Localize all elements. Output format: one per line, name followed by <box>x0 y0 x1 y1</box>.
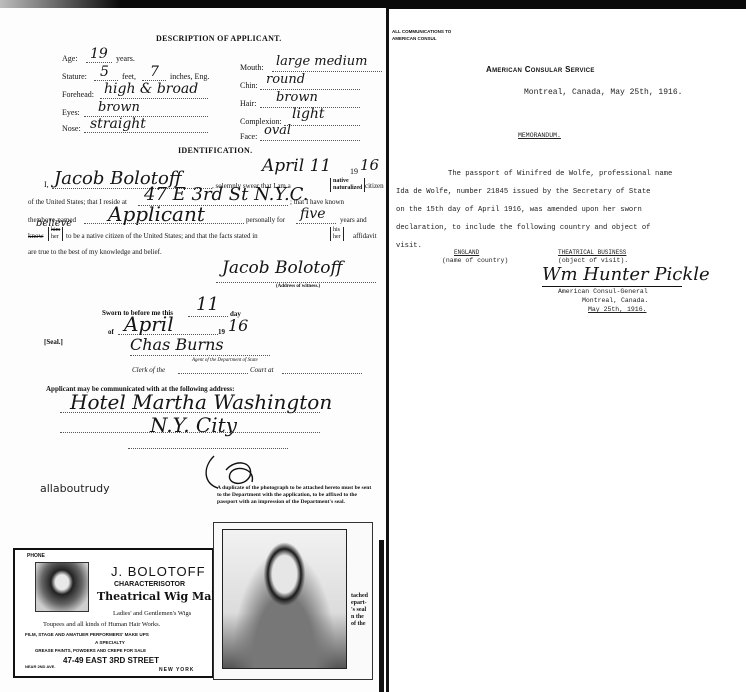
chin-value: round <box>266 72 305 87</box>
citizenship-options: native naturalized <box>330 178 365 192</box>
knowledge-belief-statement: are true to the best of my knowledge and… <box>28 248 162 256</box>
complexion-value: light <box>292 106 325 122</box>
communication-address-line1: Hotel Martha Washington <box>70 390 332 414</box>
hair-label: Hair: <box>240 99 256 108</box>
face-value: oval <box>264 123 291 138</box>
address-of-witness-label: (Address of witness.) <box>276 284 320 289</box>
signature-line <box>542 286 682 287</box>
letterhead-note: ALL COMMUNICATIONS TO AMERICAN CONSUL <box>392 28 451 42</box>
hair-value: brown <box>276 90 318 105</box>
clerk-of-label: Clerk of the <box>132 366 165 374</box>
portrait-edge-text: tached epart- 's seal n the of the <box>351 593 368 628</box>
card-line5: GREASE PAINTS, POWDERS AND CREPE FOR SAL… <box>35 648 146 653</box>
personally-for-label: personally for <box>246 216 285 224</box>
years-and-label: years and <box>340 216 367 224</box>
stature-inches-label: inches, Eng. <box>170 72 209 81</box>
face-label: Face: <box>240 132 257 141</box>
mouth-value: large medium <box>276 54 367 69</box>
stature-label: Stature: <box>62 72 87 81</box>
country-value: ENGLAND <box>454 249 479 256</box>
stature-inches-value: 7 <box>150 64 159 80</box>
nose-value: straight <box>90 116 146 132</box>
card-line2: Toupees and all kinds of Human Hair Work… <box>43 621 160 628</box>
applicant-photo-frame: tached epart- 's seal n the of the <box>213 522 373 680</box>
native-citizen-statement: to be a native citizen of the United Sta… <box>66 232 258 240</box>
citizen-word: citizen <box>365 182 384 190</box>
page-divider <box>386 8 389 692</box>
sworn-day-value: 11 <box>196 294 219 315</box>
card-phone-label: PHONE <box>27 553 45 559</box>
place-date: Montreal, Canada, May 25th, 1916. <box>524 88 682 97</box>
consular-memorandum-page: ALL COMMUNICATIONS TO AMERICAN CONSUL Am… <box>392 10 746 692</box>
memo-body-line5: visit. <box>396 242 422 250</box>
card-name: J. BOLOTOFF <box>111 564 206 579</box>
residence-suffix: ; that I have known <box>290 198 344 206</box>
forehead-value: high & broad <box>104 81 198 97</box>
bleed-through-text <box>90 264 93 276</box>
card-portrait-photo <box>35 562 89 612</box>
of-label: of <box>108 328 114 336</box>
forehead-label: Forehead: <box>62 90 94 99</box>
object-value: THEATRICAL BUSINESS <box>558 249 626 256</box>
country-label: (name of country) <box>442 257 508 264</box>
watermark-text: allaboutrudy <box>40 482 110 495</box>
card-line1: Ladies' and Gentlemen's Wigs <box>113 610 191 617</box>
memo-body-line4: declaration, to include the following co… <box>396 224 650 232</box>
sworn-month-value: April <box>124 312 174 336</box>
possessive-options: his her <box>330 227 344 241</box>
years-known-value: five <box>300 206 326 222</box>
card-line4: A SPECIALTY <box>95 640 125 645</box>
consul-signature: Wm Hunter Pickle <box>542 264 710 285</box>
card-near: NEAR 2ND AVE. <box>25 664 55 669</box>
signer-date: May 25th, 1916. <box>588 306 647 313</box>
pronoun-options: him her <box>48 227 63 241</box>
description-heading: DESCRIPTION OF APPLICANT. <box>156 34 282 43</box>
memo-heading: MEMORANDUM. <box>518 132 561 139</box>
court-at-label: Court at <box>250 366 274 374</box>
witness-signature: Jacob Bolotoff <box>222 258 343 278</box>
eyes-value: brown <box>98 100 140 115</box>
communication-address-line2: N.Y. City <box>150 413 237 437</box>
chin-label: Chin: <box>240 81 258 90</box>
identification-date: April 11 <box>262 156 331 176</box>
agent-of-department-label: Agent of the Department of State <box>192 358 258 363</box>
nose-label: Nose: <box>62 124 81 133</box>
agency-heading: American Consular Service <box>486 65 595 74</box>
age-label: Age: <box>62 54 78 63</box>
card-title: CHARACTERISOTOR <box>114 581 185 588</box>
eyes-label: Eyes: <box>62 108 80 117</box>
card-line3: FILM, STAGE AND AMATUER PERFORMERS' MAKE… <box>25 632 149 637</box>
affidavit-word: affidavit <box>353 232 377 240</box>
business-card: PHONE J. BOLOTOFF CHARACTERISOTOR Theatr… <box>13 548 214 678</box>
age-value: 19 <box>90 46 108 62</box>
page-divider-lower <box>379 540 384 692</box>
applicant-portrait-photo <box>222 529 347 669</box>
memo-body-line2: Ida de Wolfe, number 21845 issued by the… <box>396 188 650 196</box>
stature-feet-value: 5 <box>100 64 109 80</box>
identification-year-handwritten: 16 <box>360 156 379 174</box>
card-city: NEW YORK <box>159 667 194 673</box>
identification-year-printed: 19 <box>350 167 358 176</box>
object-label: (object of visit). <box>558 257 628 264</box>
pen-flourish-icon <box>200 454 270 494</box>
stature-feet-label: feet, <box>122 72 136 81</box>
know-word: know <box>28 232 44 240</box>
card-address: 47-49 EAST 3RD STREET <box>63 656 159 665</box>
identification-heading: IDENTIFICATION. <box>178 146 252 155</box>
identification-intro: I, <box>44 180 49 189</box>
signer-title: American Consul-General <box>558 288 648 295</box>
memo-body-line3: on the 15th day of April 1916, was amend… <box>396 206 642 214</box>
clerk-signature: Chas Burns <box>130 335 224 354</box>
seal-label: [Seal.] <box>44 338 63 346</box>
memo-body-line1: The passport of Winifred de Wolfe, profe… <box>448 170 672 178</box>
sworn-year-value: 16 <box>228 316 248 335</box>
card-trade: Theatrical Wig Maker <box>97 590 232 603</box>
signer-place: Montreal, Canada. <box>582 297 648 304</box>
age-suffix: years. <box>116 54 135 63</box>
mouth-label: Mouth: <box>240 63 264 72</box>
